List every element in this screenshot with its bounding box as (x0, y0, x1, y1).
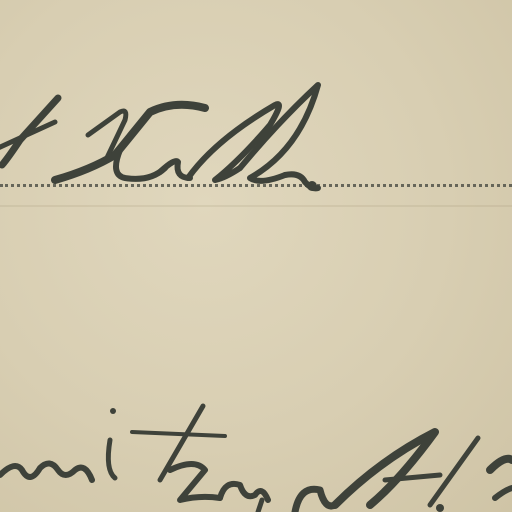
handwriting-line-1 (0, 85, 318, 191)
document-page: t Helbs witza, alt. J (0, 0, 512, 512)
handwriting-line-2 (0, 406, 512, 512)
handwriting-ink (0, 0, 512, 512)
